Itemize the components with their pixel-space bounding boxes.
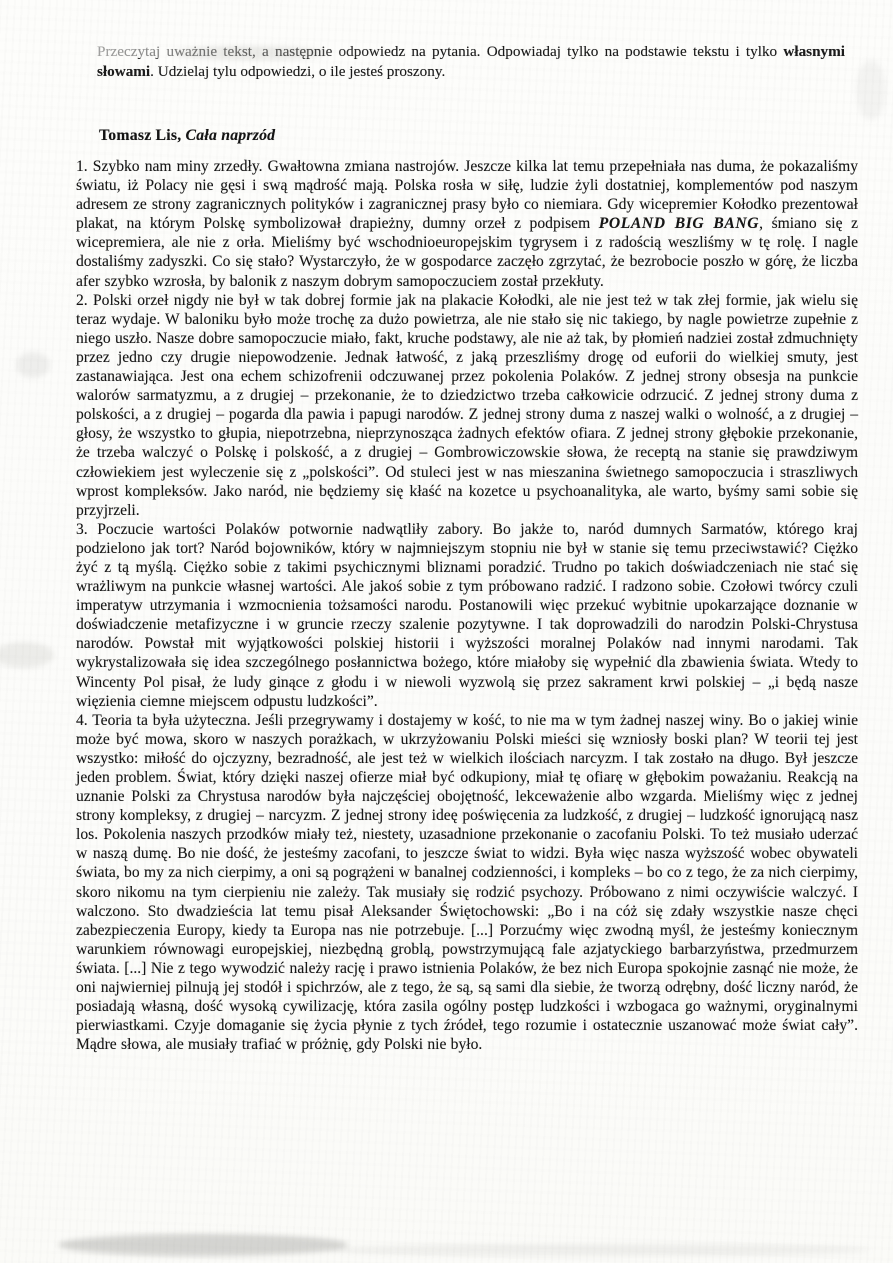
instructions-text-start: Przeczytaj uważnie tekst, a następnie od… [97,43,783,60]
work-title: Cała naprzód [186,127,276,144]
paragraph-1: 1. Szybko nam miny zrzedły. Gwałtowna zm… [76,157,858,291]
paragraph-2: 2. Polski orzeł nigdy nie był w tak dobr… [76,291,858,520]
document-body: 1. Szybko nam miny zrzedły. Gwałtowna zm… [76,157,858,1054]
scan-smudge-right-edge [856,60,886,120]
scan-smudge-bottom-band [330,1244,870,1256]
scan-smudge-left-margin-2 [0,642,54,668]
scan-smudge-bottom-left [58,1234,348,1256]
paragraph-4: 4. Teoria ta była użyteczna. Jeśli przeg… [76,711,858,1055]
paragraph-3: 3. Poczucie wartości Polaków potwornie n… [76,520,858,711]
author-name: Tomasz Lis, [99,127,186,144]
scanned-document-page: Przeczytaj uważnie tekst, a następnie od… [0,0,893,1263]
exam-instructions: Przeczytaj uważnie tekst, a następnie od… [97,42,845,82]
paragraph-1-italic-phrase: POLAND BIG BANG [599,215,759,232]
instructions-text-end: . Udzielaj tylu odpowiedzi, o ile jesteś… [150,63,445,80]
text-title: Tomasz Lis, Cała naprzód [99,127,275,145]
scan-smudge-left-margin-1 [16,352,50,378]
